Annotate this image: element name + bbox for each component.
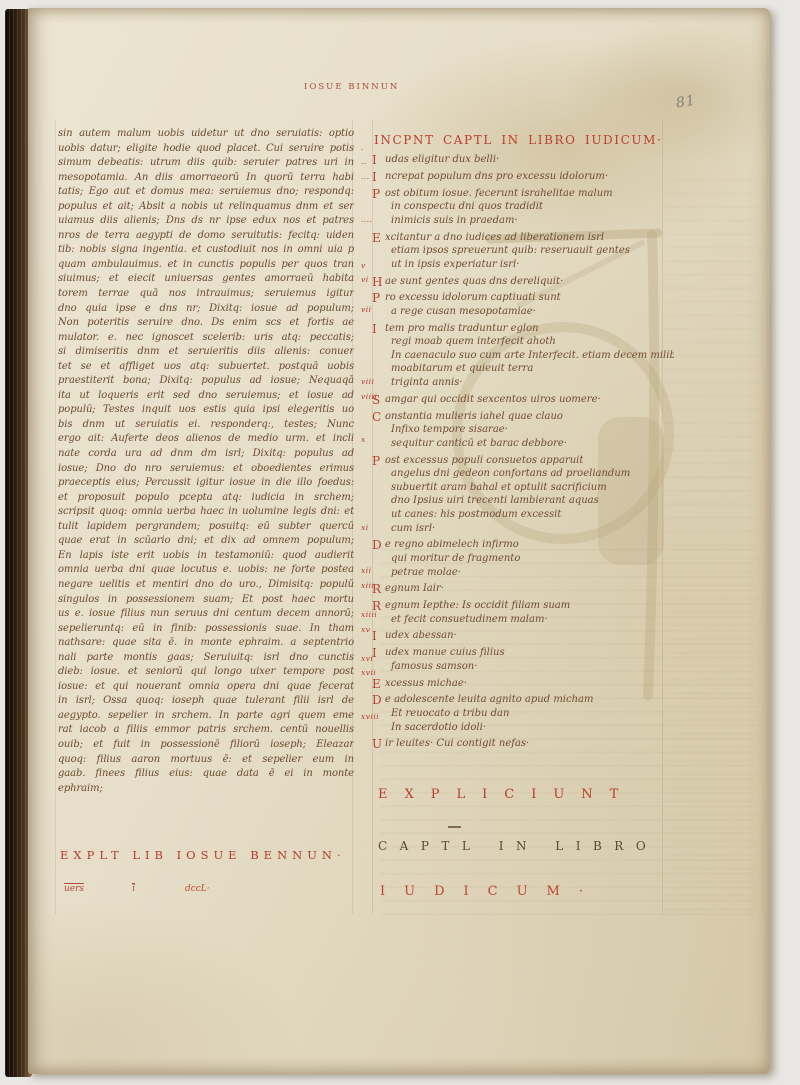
text-line: En lapis iste erit uobis in testamoniū: … <box>58 550 358 565</box>
capitulum-entry: I ncrepat populum dns pro excessu idolor… <box>374 171 674 185</box>
capitulum-entry: I tem pro malis traduntur eglonregi moab… <box>374 323 674 391</box>
verso-text-showthrough <box>665 180 757 910</box>
capitulum-first-line: e adolescente leuita agnito apud micham <box>385 694 674 708</box>
text-line: iosue; Dno do nro seruiemus: et oboedien… <box>58 463 358 478</box>
text-line: sin autem malum uobis uidetur ut dno ser… <box>58 128 358 143</box>
text-line: et proposuit populo pcepta atq: iudicia … <box>58 492 358 507</box>
capitulum-entry: R egnum Iepthe: Is occidit filiam suamet… <box>374 600 674 627</box>
macron-mark <box>448 826 461 828</box>
judges-capitula-column: INCPNT CAPTL IN LIBRO IUDICUM· I udas el… <box>374 133 674 752</box>
capitulum-continuation-line: ut canes: his postmodum excessit <box>385 509 674 523</box>
text-line-content: Non poteritis seruire dno. Ds enim scs e… <box>58 317 354 332</box>
text-line: populus et ait; Absit a nobis ut relinqu… <box>58 201 358 216</box>
capitulum-entry: P ost obitum iosue. fecerunt israhelitae… <box>374 188 674 229</box>
rubric-initial: P <box>372 291 380 305</box>
text-line-content: iosue: et qui nouerant omnia opera dni q… <box>58 681 354 696</box>
capitulum-entry: I udex abessan· <box>374 630 674 644</box>
text-line-content: iosue; Dno do nro seruiemus: et oboedien… <box>58 463 354 478</box>
capitulum-continuation-line: dno Ipsius uiri trecenti lambierant aqua… <box>385 495 674 509</box>
capitulum-continuation-line: et fecit consuetudinem malam· <box>385 614 674 628</box>
text-line: nate corda ura ad dnm dm isrl; Dixitq: p… <box>58 448 358 463</box>
verse-count: uers ī dccL· <box>64 884 210 894</box>
margin-numeral: vii <box>361 305 372 314</box>
capitulum-first-line: ncrepat populum dns pro excessu idolorum… <box>385 171 674 185</box>
text-line-content: praeceptis eius; Percussit igitur iosue … <box>58 477 354 492</box>
text-line-content: omnia uerba dni quae locutus e. uobis: n… <box>58 564 354 579</box>
text-line-content: simum debeatis: utrum diis quib: seruier… <box>58 157 354 172</box>
text-line-content: quam ambulauimus. et in cunctis populis … <box>58 259 354 274</box>
capitulum-first-line: ir leuites· Cui contigit nefas· <box>385 738 674 752</box>
rubric-initial: R <box>372 599 381 613</box>
capitulum-continuation-line: Et reuocato a tribu dan <box>385 708 674 722</box>
explicit-joshua: EXPLT LIB IOSUE BENNUN· <box>60 848 346 862</box>
text-line-content: quoq: filius aaron mortuus ē: et sepelie… <box>58 754 354 769</box>
capitulum-first-line: udex manue cuius filius <box>385 647 674 661</box>
capitulum-continuation-line: moabitarum et quieuit terra <box>385 363 674 377</box>
verse-count-numeral: ī <box>132 884 135 894</box>
running-header: IOSUE BINNUN <box>304 82 399 92</box>
text-line: quam ambulauimus. et in cunctis populis … <box>58 259 358 274</box>
text-line: praestiterit bona; Dixitq: populus ad io… <box>58 375 358 390</box>
text-line-content: ergo ait: Auferte deos alienos de medio … <box>58 433 354 448</box>
explicit-line-2: CAPTL IN LIBRO <box>378 839 658 853</box>
text-line: tatis; Ego aut et domus mea: seruiemus d… <box>58 186 358 201</box>
capitulum-continuation-line: triginta annis· <box>385 377 674 391</box>
margin-numeral: vi <box>361 275 369 284</box>
text-line: uobis datur; eligite hodie quod placet. … <box>58 143 358 158</box>
text-line: nros de terra aegypti de domo seruitutis… <box>58 230 358 245</box>
text-line-content: negare uelitis et mentiri dno do uro., D… <box>58 579 354 594</box>
capitulum-continuation-line: petrae molae· <box>385 567 674 581</box>
margin-numeral: ·· <box>361 159 367 168</box>
text-line-content: gaab. finees filius eius: quae data ē ei… <box>58 768 354 783</box>
rubric-initial: H <box>372 275 382 289</box>
text-line: Non poteritis seruire dno. Ds enim scs e… <box>58 317 358 332</box>
capitulum-continuation-line: ut in ipsis experiatur isrl· <box>385 259 674 273</box>
capitulum-first-line: udex abessan· <box>385 630 674 644</box>
text-line-content: ephraim; <box>58 783 354 798</box>
margin-numeral: ··· <box>361 174 370 183</box>
joshua-text-column: sin autem malum uobis uidetur ut dno ser… <box>58 128 358 797</box>
manuscript-page: IOSUE BINNUN 81 sin autem malum uobis ui… <box>28 8 770 1074</box>
text-line-content: populus et ait; Absit a nobis ut relinqu… <box>58 201 354 216</box>
text-line-content: aegypto. sepelier in srchem. In parte ag… <box>58 710 354 725</box>
text-line: tulit lapidem pergrandem; posuitq: eū su… <box>58 521 358 536</box>
text-line-content: quae erat in scūario dni; et dix ad omne… <box>58 535 354 550</box>
text-line-content: dno quia ipse e dns nr; Dixitq: iosue ad… <box>58 303 354 318</box>
capitulum-entry: D e adolescente leuita agnito apud micha… <box>374 694 674 735</box>
rubric-initial: U <box>372 737 382 751</box>
margin-numeral: v <box>361 261 366 270</box>
capitulum-first-line: onstantia mulieris iahel quae clauo <box>385 411 674 425</box>
text-line-content: nali parte montis gaas; Seruiuitq: isrl … <box>58 652 354 667</box>
capitulum-continuation-line: in conspectu dni quos tradidit <box>385 201 674 215</box>
text-line-content: dieb: iosue. et seniorū qui longo uixer … <box>58 666 354 681</box>
capitulum-entry: P ro excessu idolorum captiuati sunta re… <box>374 292 674 319</box>
text-line: tet se et affliget uos atq: subuertet. p… <box>58 361 358 376</box>
capitulum-entry: E xcitantur a dno iudices ad liberatione… <box>374 232 674 273</box>
explicit-line-1: EXPLICIUNT <box>378 787 635 802</box>
rubric-initial: I <box>372 646 377 660</box>
text-line: siuimus; et eiecit uniuersas gentes amor… <box>58 273 358 288</box>
capitulum-first-line: egnum Iair· <box>385 583 674 597</box>
text-line-content: singulos in possessionem suam; Et post h… <box>58 594 354 609</box>
capitulum-entry: I udas eligitur dux belli· <box>374 154 674 168</box>
rubric-initial: I <box>372 170 377 184</box>
capitulum-continuation-line: subuertit aram bahal et optulit sacrific… <box>385 482 674 496</box>
text-line: si dimiseritis dnm et seruieritis diis a… <box>58 346 358 361</box>
explicit-line-3: IUDICUM· <box>380 884 602 899</box>
text-line-content: tulit lapidem pergrandem; posuitq: eū su… <box>58 521 354 536</box>
capitulum-first-line: ae sunt gentes quas dns dereliquit· <box>385 276 674 290</box>
rubric-initial: I <box>372 153 377 167</box>
text-line: dno quia ipse e dns nr; Dixitq: iosue ad… <box>58 303 358 318</box>
text-line: mulator. e. nec ignoscet scelerib: uris … <box>58 332 358 347</box>
text-line: ita ut loqueris erit sed dno seruiemus; … <box>58 390 358 405</box>
capitulum-continuation-line: inimicis suis in praedam· <box>385 215 674 229</box>
text-line: torem terrae quā nos intrauimus; seruiem… <box>58 288 358 303</box>
text-line-content: ouib; et fuit in possessionē filiorū ios… <box>58 739 354 754</box>
margin-numeral: xii <box>361 566 372 575</box>
capitulum-first-line: ro excessu idolorum captiuati sunt <box>385 292 674 306</box>
text-line: mesopotamia. An diis amorraeorū In quorū… <box>58 172 358 187</box>
verse-count-value: dccL· <box>185 884 210 894</box>
rubric-initial: C <box>372 410 381 424</box>
rubric-initial: E <box>372 677 381 691</box>
text-line: quae erat in scūario dni; et dix ad omne… <box>58 535 358 550</box>
capitulum-continuation-line: cum isrl· <box>385 523 674 537</box>
margin-numeral: xi <box>361 523 369 532</box>
verse-count-label: uers <box>64 884 84 894</box>
capitula-list: I udas eligitur dux belli· I ncrepat pop… <box>374 154 674 752</box>
text-line-content: tib: nobis signa ingentia. et custodiuit… <box>58 244 354 259</box>
text-line-content: uiamus diis alienis; Dns ds nr ipse edux… <box>58 215 354 230</box>
margin-numeral: x <box>361 435 366 444</box>
text-line-content: En lapis iste erit uobis in testamoniū: … <box>58 550 354 565</box>
text-line-content: ita ut loqueris erit sed dno seruiemus; … <box>58 390 354 405</box>
text-line: aegypto. sepelier in srchem. In parte ag… <box>58 710 358 725</box>
text-line: in isrl; Ossa quoq: ioseph quae tulerant… <box>58 695 358 710</box>
text-line-content: rat iacob a filiis emmor patris srchem. … <box>58 724 354 739</box>
margin-numeral: · <box>361 145 364 154</box>
text-line: populū; Testes inquit uos estis quia ips… <box>58 404 358 419</box>
text-line: praeceptis eius; Percussit igitur iosue … <box>58 477 358 492</box>
capitulum-first-line: xcessus michae· <box>385 678 674 692</box>
capitulum-first-line: tem pro malis traduntur eglon <box>385 323 674 337</box>
text-line-content: nros de terra aegypti de domo seruitutis… <box>58 230 354 245</box>
text-line-content: nate corda ura ad dnm dm isrl; Dixitq: p… <box>58 448 354 463</box>
rubric-initial: S <box>372 393 380 407</box>
capitulum-continuation-line: In caenaculo suo cum arte Interfecit. et… <box>385 350 674 364</box>
capitulum-entry: E xcessus michae· <box>374 678 674 692</box>
capitulum-entry: P ost excessus populi consuetos apparuit… <box>374 455 674 537</box>
text-line: dieb: iosue. et seniorū qui longo uixer … <box>58 666 358 681</box>
text-line-content: si dimiseritis dnm et seruieritis diis a… <box>58 346 354 361</box>
text-line: singulos in possessionem suam; Et post h… <box>58 594 358 609</box>
capitulum-continuation-line: regi moab quem interfecit ahoth <box>385 336 674 350</box>
capitulum-first-line: ost excessus populi consuetos apparuit <box>385 455 674 469</box>
text-line: omnia uerba dni quae locutus e. uobis: n… <box>58 564 358 579</box>
text-line: iosue: et qui nouerant omnia opera dni q… <box>58 681 358 696</box>
capitulum-first-line: e regno abimelech infirmo <box>385 539 674 553</box>
rubric-initial: D <box>372 693 382 707</box>
capitulum-continuation-line: In sacerdotio idoli· <box>385 722 674 736</box>
capitulum-entry: C onstantia mulieris iahel quae clauoInf… <box>374 411 674 452</box>
text-line-content: tet se et affliget uos atq: subuertet. p… <box>58 361 354 376</box>
text-line: us e. iosue filius nun seruus dni centum… <box>58 608 358 623</box>
text-line-content: sin autem malum uobis uidetur ut dno ser… <box>58 128 354 143</box>
text-line: nali parte montis gaas; Seruiuitq: isrl … <box>58 652 358 667</box>
text-line-content: torem terrae quā nos intrauimus; seruiem… <box>58 288 354 303</box>
text-line-content: bis dnm ut seruiatis ei. responderq:, te… <box>58 419 354 434</box>
text-line: tib: nobis signa ingentia. et custodiuit… <box>58 244 358 259</box>
text-line: ouib; et fuit in possessionē filiorū ios… <box>58 739 358 754</box>
text-line-content: us e. iosue filius nun seruus dni centum… <box>58 608 354 623</box>
text-line-content: in isrl; Ossa quoq: ioseph quae tulerant… <box>58 695 354 710</box>
folio-number: 81 <box>675 93 697 112</box>
text-line: bis dnm ut seruiatis ei. responderq:, te… <box>58 419 358 434</box>
capitulum-continuation-line: a rege cusan mesopotamiae· <box>385 306 674 320</box>
text-line-content: scripsit quoq: omnia uerba haec in uolum… <box>58 506 354 521</box>
capitulum-first-line: udas eligitur dux belli· <box>385 154 674 168</box>
text-line: simum debeatis: utrum diis quib: seruier… <box>58 157 358 172</box>
text-line-content: populū; Testes inquit uos estis quia ips… <box>58 404 354 419</box>
margin-numeral: xv <box>361 625 370 634</box>
rubric-initial: P <box>372 187 380 201</box>
capitulum-continuation-line: sequitur canticū et barac debbore· <box>385 438 674 452</box>
capitulum-entry: D e regno abimelech infirmoqui moritur d… <box>374 539 674 580</box>
text-line-content: uobis datur; eligite hodie quod placet. … <box>58 143 354 158</box>
rubric-initial: I <box>372 629 377 643</box>
rubric-initial: D <box>372 538 382 552</box>
text-line-content: sepelieruntq: eū in finib: possessionis … <box>58 623 354 638</box>
rubric-initial: P <box>372 454 380 468</box>
incipit-heading: INCPNT CAPTL IN LIBRO IUDICUM· <box>374 133 674 147</box>
capitulum-entry: S amgar qui occidit sexcentos uiros uome… <box>374 394 674 408</box>
text-line: quoq: filius aaron mortuus ē: et sepelie… <box>58 754 358 769</box>
text-line: ephraim; <box>58 783 358 798</box>
ruling-line <box>55 120 56 914</box>
rubric-initial: I <box>372 322 377 336</box>
capitulum-entry: H ae sunt gentes quas dns dereliquit· <box>374 276 674 290</box>
text-line-content: et proposuit populo pcepta atq: iudicia … <box>58 492 354 507</box>
capitulum-continuation-line: Infixo tempore sisarae· <box>385 424 674 438</box>
text-line: sepelieruntq: eū in finib: possessionis … <box>58 623 358 638</box>
text-line-content: siuimus; et eiecit uniuersas gentes amor… <box>58 273 354 288</box>
text-line: rat iacob a filiis emmor patris srchem. … <box>58 724 358 739</box>
capitulum-entry: U ir leuites· Cui contigit nefas· <box>374 738 674 752</box>
capitulum-continuation-line: etiam ipsos spreuerunt quib: reseruauit … <box>385 245 674 259</box>
capitulum-first-line: amgar qui occidit sexcentos uiros uomere… <box>385 394 674 408</box>
text-line: negare uelitis et mentiri dno do uro., D… <box>58 579 358 594</box>
text-line: nathsare: quae sita ē. in monte ephraim.… <box>58 637 358 652</box>
margin-numeral: ···· <box>361 217 373 226</box>
capitulum-first-line: ost obitum iosue. fecerunt israhelitae m… <box>385 188 674 202</box>
capitulum-continuation-line: angelus dni gedeon confortans ad proelia… <box>385 468 674 482</box>
capitulum-first-line: egnum Iepthe: Is occidit filiam suam <box>385 600 674 614</box>
capitulum-continuation-line: famosus samson· <box>385 661 674 675</box>
rubric-initial: R <box>372 582 381 596</box>
text-line-content: tatis; Ego aut et domus mea: seruiemus d… <box>58 186 354 201</box>
text-line-content: mulator. e. nec ignoscet scelerib: uris … <box>58 332 354 347</box>
text-line: scripsit quoq: omnia uerba haec in uolum… <box>58 506 358 521</box>
text-line-content: praestiterit bona; Dixitq: populus ad io… <box>58 375 354 390</box>
capitulum-first-line: xcitantur a dno iudices ad liberationem … <box>385 232 674 246</box>
text-line: gaab. finees filius eius: quae data ē ei… <box>58 768 358 783</box>
text-line: ergo ait: Auferte deos alienos de medio … <box>58 433 358 448</box>
rubric-initial: E <box>372 231 381 245</box>
text-line-content: mesopotamia. An diis amorraeorū In quorū… <box>58 172 354 187</box>
text-line: uiamus diis alienis; Dns ds nr ipse edux… <box>58 215 358 230</box>
capitulum-entry: R egnum Iair· <box>374 583 674 597</box>
manuscript-photo: IOSUE BINNUN 81 sin autem malum uobis ui… <box>0 0 800 1085</box>
text-line-content: nathsare: quae sita ē. in monte ephraim.… <box>58 637 354 652</box>
capitulum-entry: I udex manue cuius filiusfamosus samson· <box>374 647 674 674</box>
margin-numeral: viii <box>361 377 374 386</box>
capitulum-continuation-line: qui moritur de fragmento <box>385 553 674 567</box>
